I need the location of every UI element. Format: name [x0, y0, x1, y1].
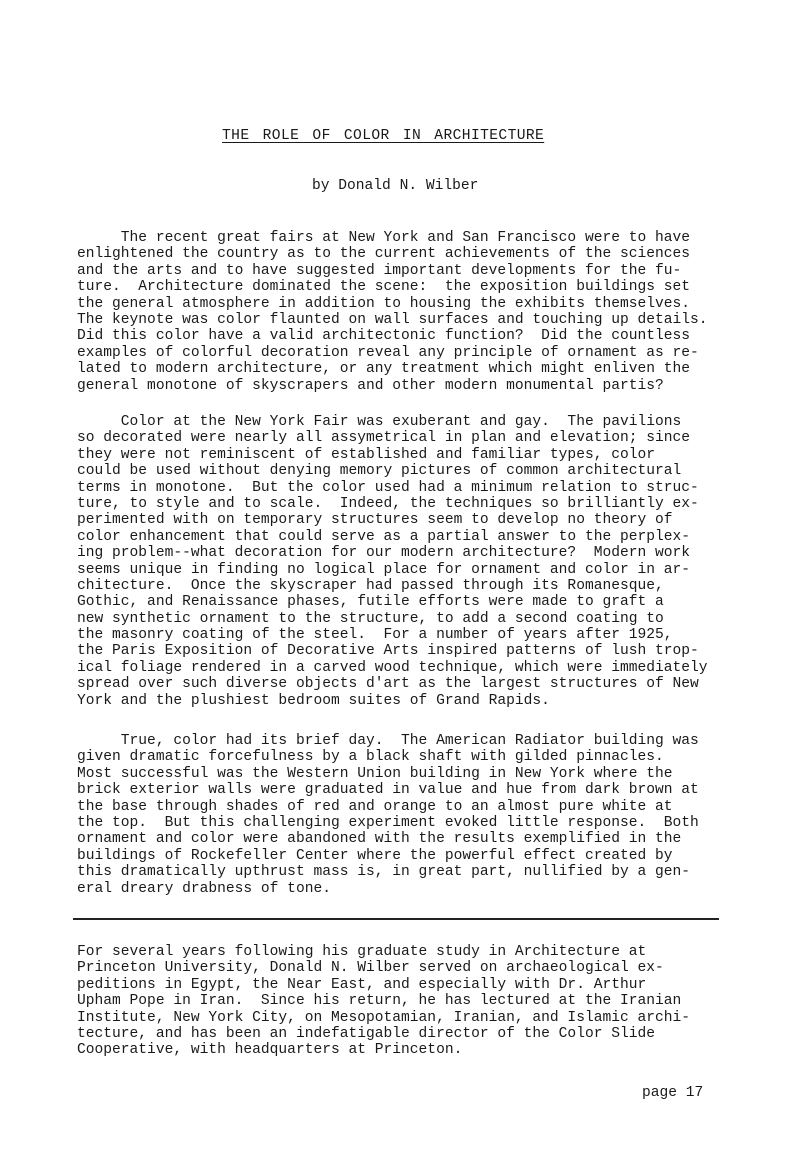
paragraph-3: True, color had its brief day. The Ameri… — [77, 733, 737, 897]
author-byline: by Donald N. Wilber — [312, 178, 478, 194]
text-line: True, color had its brief day. The Ameri… — [77, 733, 737, 749]
text-line: perimented with on temporary structures … — [77, 512, 737, 528]
text-line: new synthetic ornament to the structure,… — [77, 611, 737, 627]
text-line: Color at the New York Fair was exuberant… — [77, 414, 737, 430]
text-line: Upham Pope in Iran. Since his return, he… — [77, 993, 737, 1009]
text-line: this dramatically upthrust mass is, in g… — [77, 864, 737, 880]
text-line: they were not reminiscent of established… — [77, 447, 737, 463]
paragraph-2: Color at the New York Fair was exuberant… — [77, 414, 737, 709]
text-line: ture, to style and to scale. Indeed, the… — [77, 496, 737, 512]
text-line: Did this color have a valid architectoni… — [77, 328, 737, 344]
text-line: Institute, New York City, on Mesopotamia… — [77, 1010, 737, 1026]
text-line: could be used without denying memory pic… — [77, 463, 737, 479]
text-line: ornament and color were abandoned with t… — [77, 831, 737, 847]
text-line: the general atmosphere in addition to ho… — [77, 296, 737, 312]
text-line: buildings of Rockefeller Center where th… — [77, 848, 737, 864]
text-line: York and the plushiest bedroom suites of… — [77, 693, 737, 709]
text-line: Princeton University, Donald N. Wilber s… — [77, 960, 737, 976]
text-line: the top. But this challenging experiment… — [77, 815, 737, 831]
text-line: The keynote was color flaunted on wall s… — [77, 312, 737, 328]
text-line: brick exterior walls were graduated in v… — [77, 782, 737, 798]
text-line: ical foliage rendered in a carved wood t… — [77, 660, 737, 676]
author-bio-note: For several years following his graduate… — [77, 944, 737, 1059]
text-line: eral dreary drabness of tone. — [77, 881, 737, 897]
text-line: Cooperative, with headquarters at Prince… — [77, 1042, 737, 1058]
text-line: enlightened the country as to the curren… — [77, 246, 737, 262]
text-line: so decorated were nearly all assymetrica… — [77, 430, 737, 446]
text-line: peditions in Egypt, the Near East, and e… — [77, 977, 737, 993]
text-line: seems unique in finding no logical place… — [77, 562, 737, 578]
text-line: Most successful was the Western Union bu… — [77, 766, 737, 782]
text-line: ture. Architecture dominated the scene: … — [77, 279, 737, 295]
text-line: lated to modern architecture, or any tre… — [77, 361, 737, 377]
text-line: the base through shades of red and orang… — [77, 799, 737, 815]
text-line: color enhancement that could serve as a … — [77, 529, 737, 545]
text-line: The recent great fairs at New York and S… — [77, 230, 737, 246]
text-line: For several years following his graduate… — [77, 944, 737, 960]
text-line: and the arts and to have suggested impor… — [77, 263, 737, 279]
text-line: ing problem--what decoration for our mod… — [77, 545, 737, 561]
text-line: Gothic, and Renaissance phases, futile e… — [77, 594, 737, 610]
text-line: examples of colorful decoration reveal a… — [77, 345, 737, 361]
text-line: chitecture. Once the skyscraper had pass… — [77, 578, 737, 594]
article-title: THE ROLE OF COLOR IN ARCHITECTURE — [222, 128, 544, 144]
text-line: terms in monotone. But the color used ha… — [77, 480, 737, 496]
page-number: page 17 — [642, 1085, 703, 1101]
footnote-divider — [73, 918, 719, 920]
text-line: spread over such diverse objects d'art a… — [77, 676, 737, 692]
text-line: given dramatic forcefulness by a black s… — [77, 749, 737, 765]
paragraph-1: The recent great fairs at New York and S… — [77, 230, 737, 394]
text-line: the masonry coating of the steel. For a … — [77, 627, 737, 643]
text-line: tecture, and has been an indefatigable d… — [77, 1026, 737, 1042]
text-line: the Paris Exposition of Decorative Arts … — [77, 643, 737, 659]
document-page: THE ROLE OF COLOR IN ARCHITECTURE by Don… — [0, 0, 798, 1175]
text-line: general monotone of skyscrapers and othe… — [77, 378, 737, 394]
